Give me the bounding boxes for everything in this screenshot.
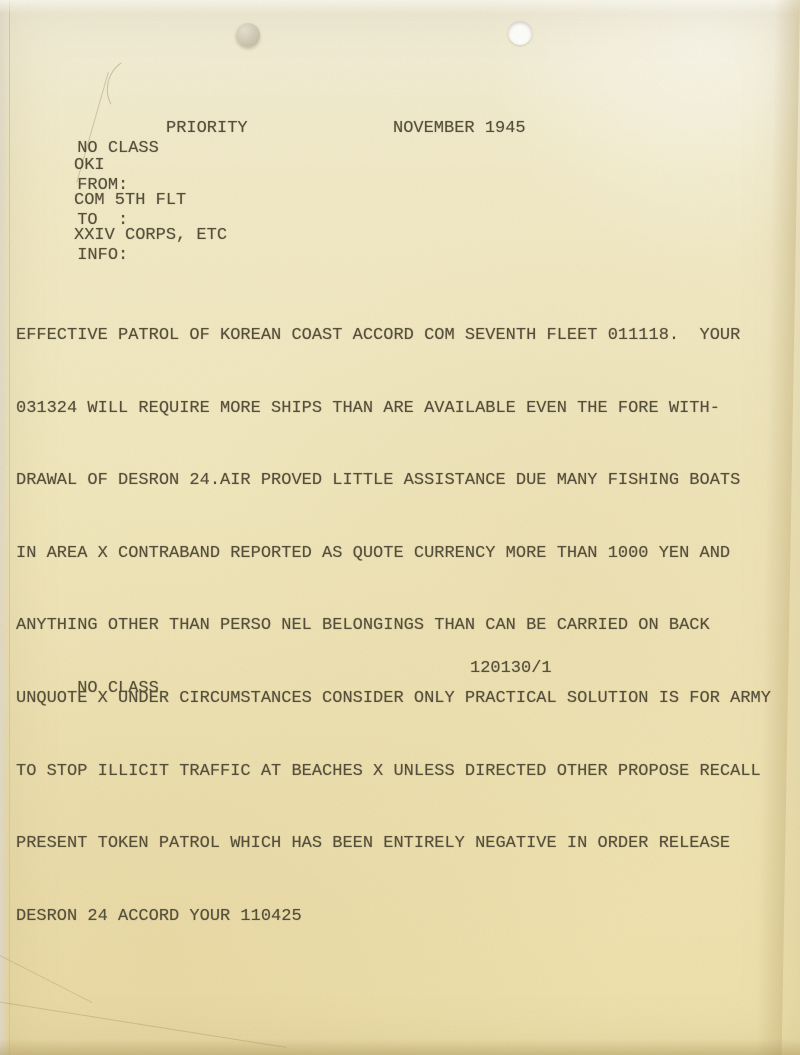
- message-body: EFFECTIVE PATROL OF KOREAN COAST ACCORD …: [16, 281, 771, 972]
- body-line: IN AREA X CONTRABAND REPORTED AS QUOTE C…: [16, 537, 771, 572]
- punch-hole-left: [236, 23, 260, 47]
- to-value: COM 5TH FLT: [74, 191, 186, 211]
- body-line: ANYTHING OTHER THAN PERSO NEL BELONGINGS…: [16, 609, 771, 644]
- typewritten-content: NO CLASS PRIORITY NOVEMBER 1945 FROM: OK…: [0, 0, 800, 285]
- body-line: 031324 WILL REQUIRE MORE SHIPS THAN ARE …: [16, 392, 771, 427]
- footer-line: NO CLASS 120130/1: [16, 659, 786, 739]
- body-line: TO STOP ILLICIT TRAFFIC AT BEACHES X UNL…: [16, 755, 771, 790]
- body-line: DESRON 24 ACCORD YOUR 110425: [16, 900, 771, 935]
- scanned-naval-message-page: NO CLASS PRIORITY NOVEMBER 1945 FROM: OK…: [0, 0, 800, 1055]
- date-time-group: 120130/1: [470, 659, 552, 679]
- body-line: EFFECTIVE PATROL OF KOREAN COAST ACCORD …: [16, 319, 771, 354]
- body-line: PRESENT TOKEN PATROL WHICH HAS BEEN ENTI…: [16, 827, 771, 862]
- message-date: NOVEMBER 1945: [393, 119, 526, 139]
- info-value: XXIV CORPS, ETC: [74, 226, 227, 246]
- info-label: INFO:: [77, 246, 128, 265]
- body-line: DRAWAL OF DESRON 24.AIR PROVED LITTLE AS…: [16, 464, 771, 499]
- from-value: OKI: [74, 156, 105, 176]
- page-bottom-edge: [0, 1039, 800, 1055]
- precedence-label: PRIORITY: [166, 119, 248, 139]
- page-top-edge: [0, 0, 800, 14]
- footer-classification: NO CLASS: [77, 679, 159, 698]
- page-left-edge: [0, 0, 10, 1055]
- punch-hole-right: [508, 21, 532, 45]
